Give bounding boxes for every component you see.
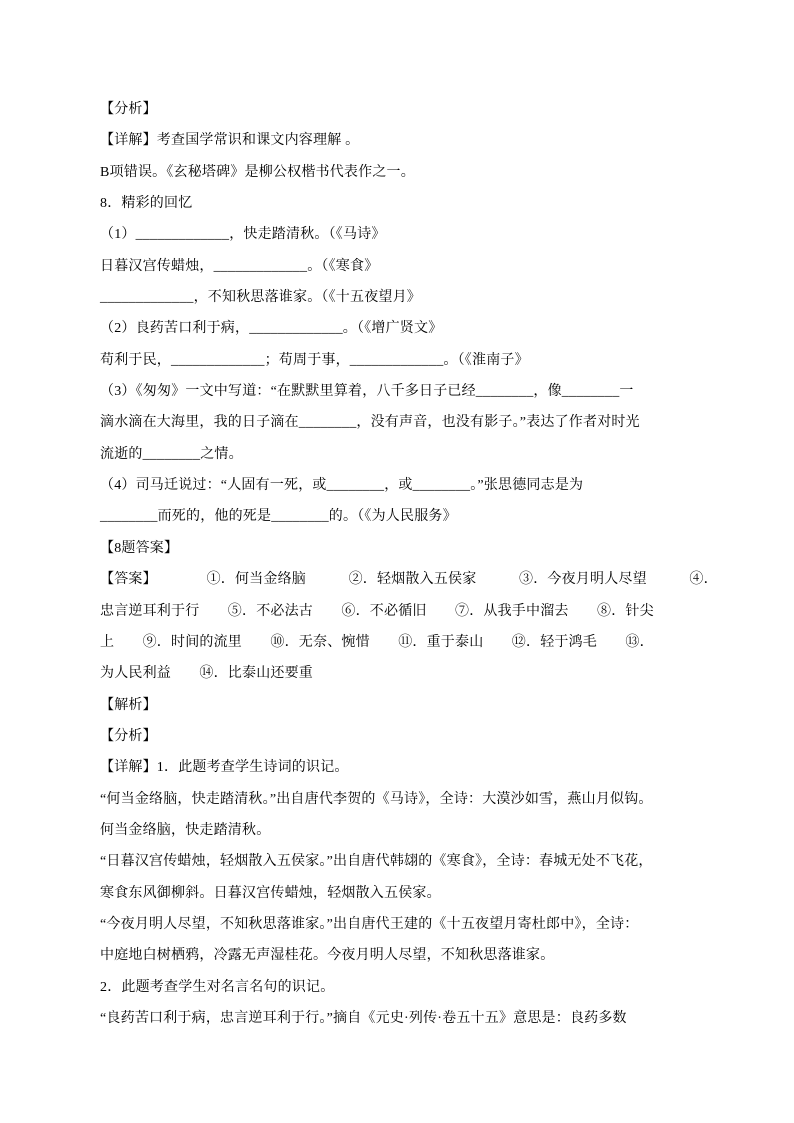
question-8-title: 8．精彩的回忆 (100, 188, 724, 219)
detail-explanation: 【详解】考查国学常识和课文内容理解 。 (100, 125, 724, 156)
q8-part3-line: 流逝的________之情。 (100, 439, 724, 470)
q8-answer-heading: 【8题答案】 (100, 533, 724, 564)
q8-part4-line: （4）司马迁说过：“人固有一死，或________，或________。”张思德… (100, 470, 724, 501)
answer-line: 为人民利益 ⑭．比泰山还要重 (100, 658, 724, 689)
analysis-heading: 【分析】 (100, 94, 724, 125)
document-body: 【分析】 【详解】考查国学常识和课文内容理解 。 B项错误。《玄秘塔碑》是柳公权… (100, 94, 724, 1034)
parse-heading: 【解析】 (100, 690, 724, 721)
explanation-line: 何当金络脑，快走踏清秋。 (100, 815, 724, 846)
explanation-line: “何当金络脑，快走踏清秋。”出自唐代李贺的《马诗》，全诗：大漠沙如雪，燕山月似钩… (100, 784, 724, 815)
q8-part2-line: （2）良药苦口利于病，_____________。（《增广贤文》 (100, 313, 724, 344)
q8-part1-line: _____________，不知秋思落谁家。（《十五夜望月》 (100, 282, 724, 313)
q8-part3-line: 滴水滴在大海里，我的日子滴在________，没有声音，也没有影子。”表达了作者… (100, 407, 724, 438)
explanation-line: “良药苦口利于病，忠言逆耳利于行。”摘自《元史·列传·卷五十五》意思是：良药多数 (100, 1003, 724, 1034)
detail-item-2: 2．此题考查学生对名言名句的识记。 (100, 972, 724, 1003)
q8-part4-line: ________而死的，他的死是________的。（《为人民服务》 (100, 501, 724, 532)
q8-part2-line: 苟利于民，_____________；苟周于事，_____________。（《… (100, 345, 724, 376)
answer-line: 【答案】 ①．何当金络脑 ②．轻烟散入五侯家 ③．今夜月明人尽望 ④． (100, 564, 724, 595)
option-b-note: B项错误。《玄秘塔碑》是柳公权楷书代表作之一。 (100, 157, 724, 188)
explanation-line: “日暮汉宫传蜡烛，轻烟散入五侯家。”出自唐代韩翃的《寒食》，全诗：春城无处不飞花… (100, 846, 724, 877)
explanation-line: 中庭地白树栖鸦，冷露无声湿桂花。今夜月明人尽望，不知秋思落谁家。 (100, 940, 724, 971)
answer-line: 忠言逆耳利于行 ⑤．不必法古 ⑥．不必循旧 ⑦．从我手中溜去 ⑧．针尖 (100, 596, 724, 627)
answer-line: 上 ⑨．时间的流里 ⑩．无奈、惋惜 ⑪．重于泰山 ⑫．轻于鸿毛 ⑬． (100, 627, 724, 658)
explanation-line: 寒食东风御柳斜。日暮汉宫传蜡烛，轻烟散入五侯家。 (100, 878, 724, 909)
detail-item-1: 【详解】1．此题考查学生诗词的识记。 (100, 752, 724, 783)
analysis-heading: 【分析】 (100, 721, 724, 752)
explanation-line: “今夜月明人尽望，不知秋思落谁家。”出自唐代王建的《十五夜望月寄杜郎中》，全诗： (100, 909, 724, 940)
document-page: 【分析】 【详解】考查国学常识和课文内容理解 。 B项错误。《玄秘塔碑》是柳公权… (0, 0, 794, 1123)
q8-part1-line: 日暮汉宫传蜡烛，_____________。（《寒食》 (100, 251, 724, 282)
q8-part1-line: （1）_____________，快走踏清秋。（《马诗》 (100, 219, 724, 250)
q8-part3-line: （3）《匆匆》一文中写道：“在默默里算着，八千多日子已经________，像__… (100, 376, 724, 407)
